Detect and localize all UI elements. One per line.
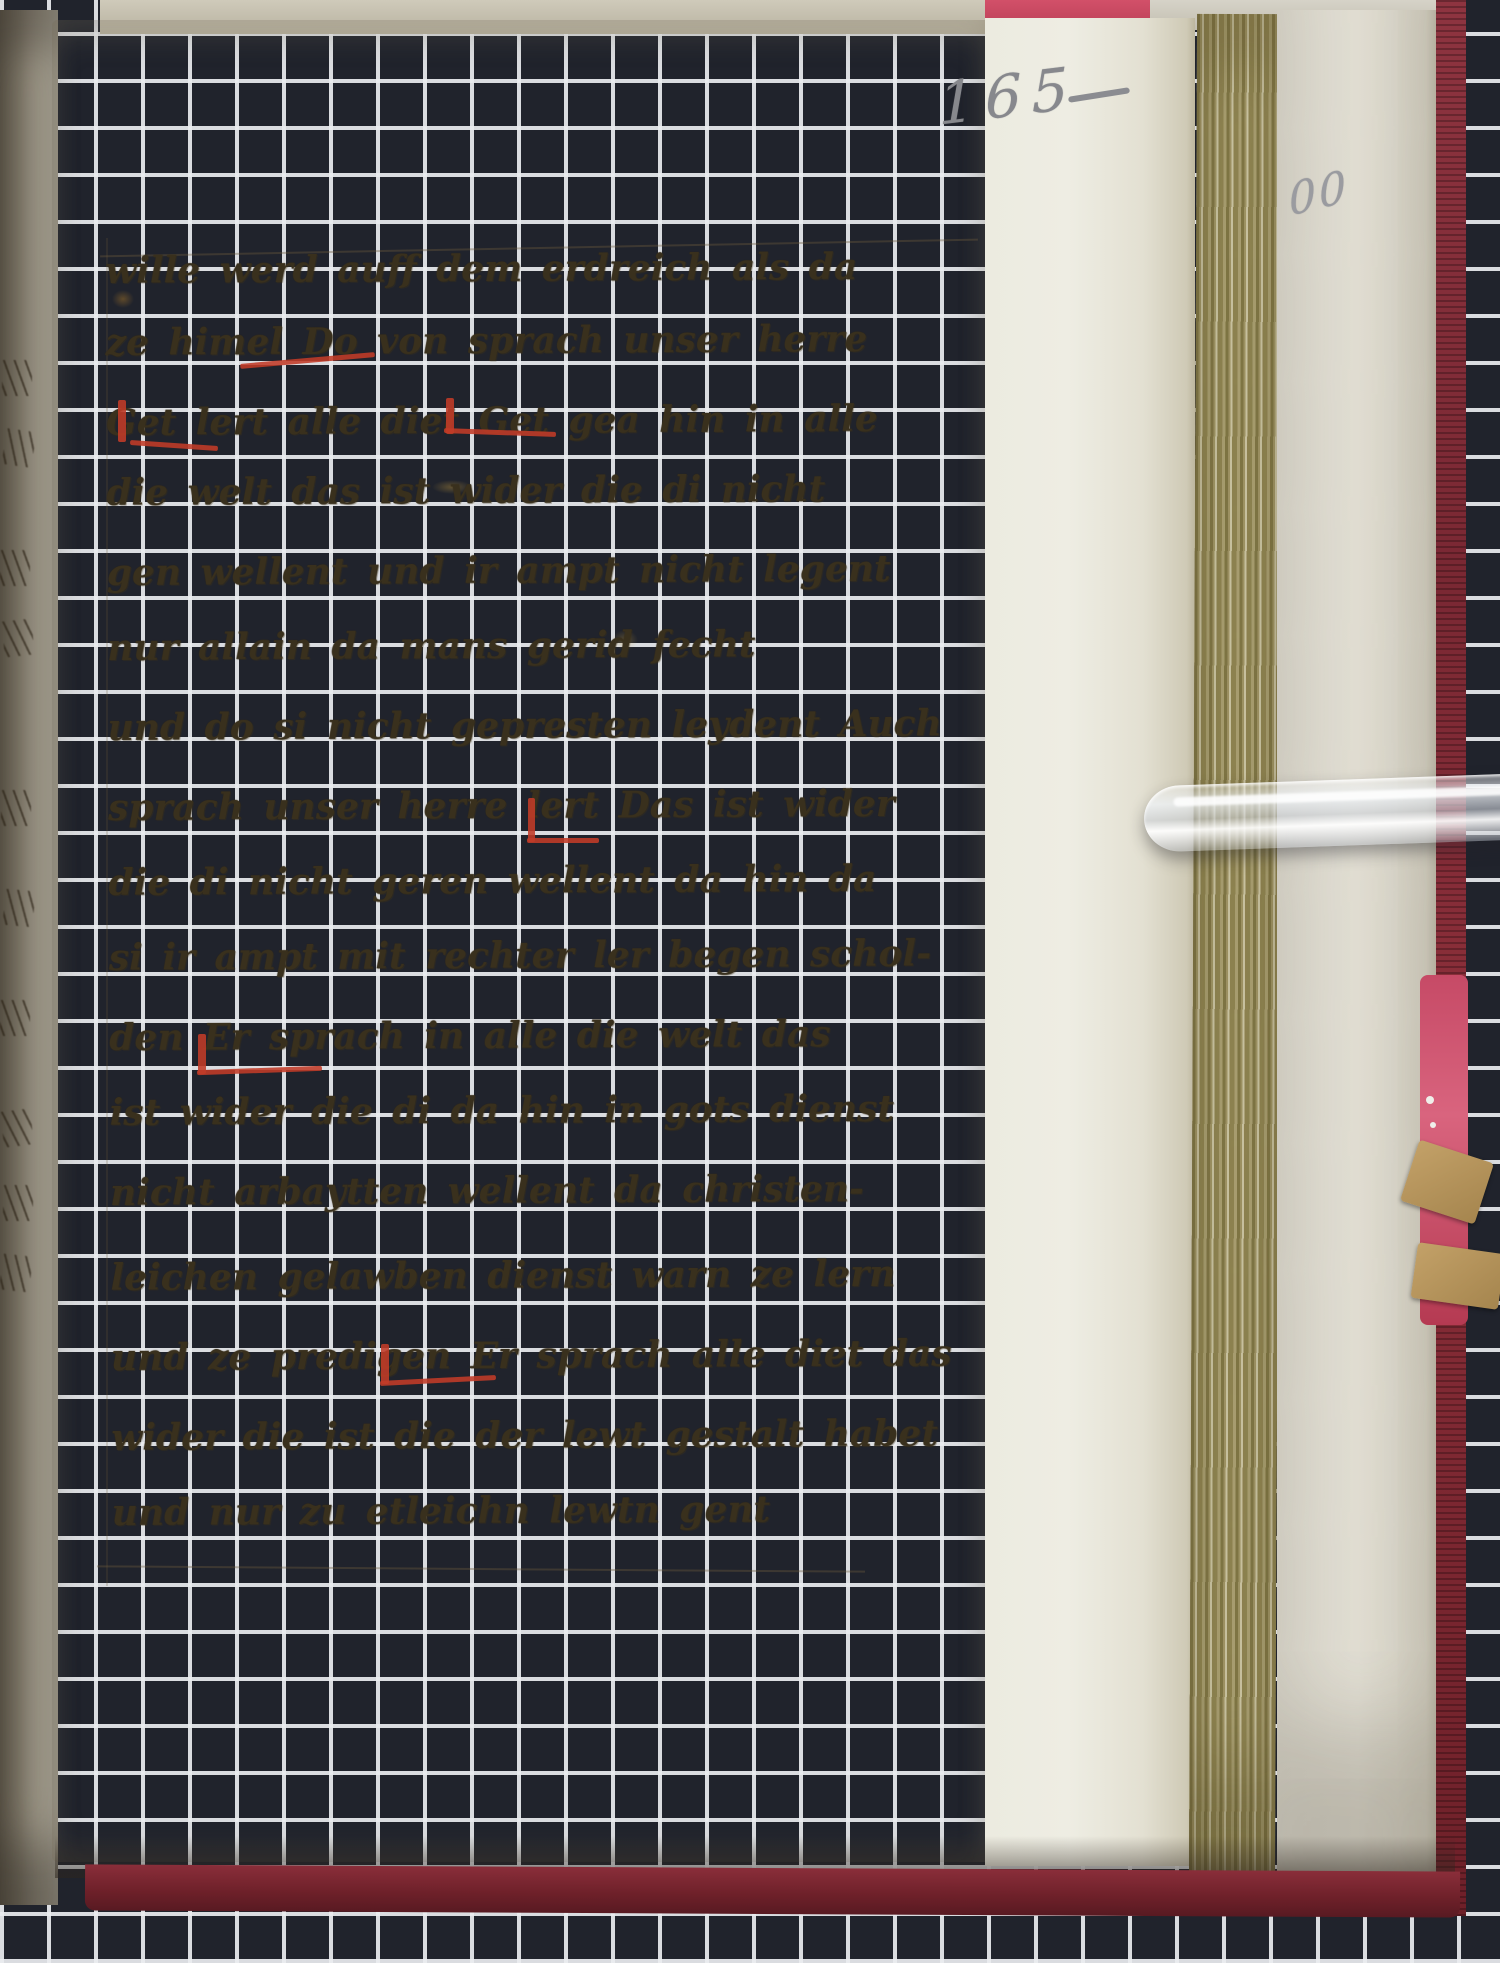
manuscript-line: und ze predigen Er sprach alle diet das: [111, 1333, 821, 1395]
binding-sewing-hole: [1430, 1122, 1436, 1128]
manuscript-photo: wille werd auff dem erdreich als da ze h…: [0, 0, 1500, 1963]
rubric-initial-stroke: [381, 1344, 389, 1384]
manuscript-line: und do si nicht gepresten leydent Auch: [108, 703, 818, 765]
manuscript-line: nur allain da mans gerid fecht: [107, 623, 817, 685]
page-curl-to-fore-edge: [985, 18, 1195, 1866]
manuscript-line: die welt das ist wider die di nicht: [106, 468, 816, 530]
red-leather-bottom-edge: [85, 1864, 1460, 1917]
text-block: wille werd auff dem erdreich als da ze h…: [0, 0, 1004, 1603]
manuscript-line: leichen gelawben dienst warn ze lern: [110, 1253, 820, 1315]
manuscript-line: die di nicht geren wellent da hin da: [108, 858, 818, 920]
manuscript-line: ist wider die di da hin in gots dienst: [110, 1088, 820, 1150]
rubric-initial-stroke: [198, 1034, 206, 1074]
manuscript-line: nicht arbaytten wellent da christen-: [110, 1168, 820, 1230]
manuscript-line: sprach unser herre lert Das ist wider: [108, 783, 818, 845]
manuscript-line: den Er sprach in alle die welt das: [109, 1013, 819, 1075]
rubric-underline: [527, 838, 599, 843]
page-block-fore-edge: [1189, 14, 1283, 1890]
rubric-initial-stroke: [528, 798, 535, 842]
glass-weight-rod: [1143, 773, 1500, 852]
manuscript-line: und nur zu etleichn lewtn gent: [112, 1488, 822, 1550]
manuscript-line: wille werd auff dem erdreich als da: [105, 246, 815, 308]
rubric-initial-stroke: [118, 400, 126, 442]
manuscript-line: gen wellent und ir ampt nicht legent: [107, 548, 817, 610]
red-leather-cover-edge: [1436, 0, 1466, 1916]
manuscript-line: si ir ampt mit rechter ler begen schol-: [109, 933, 819, 995]
binding-sewing-hole: [1426, 1096, 1434, 1104]
manuscript-line: ze himel Do von sprach unser herre: [105, 318, 815, 380]
manuscript-line: wider die ist die der lewt gestalt habet: [111, 1413, 821, 1475]
endpaper: [1277, 10, 1439, 1890]
